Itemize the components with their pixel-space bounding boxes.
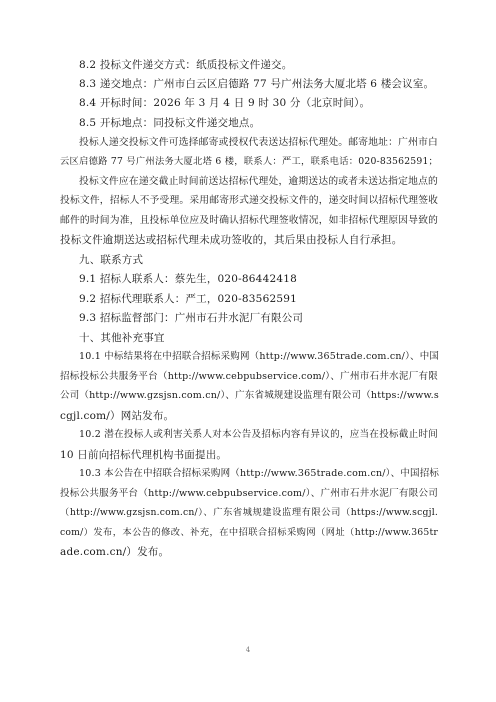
text-line: 10 日前向招标代理机构书面提出。 <box>60 448 438 462</box>
document-page: 8.2 投标文件递交方式：纸质投标文件递交。8.3 递交地点：广州市白云区启德路… <box>0 0 496 702</box>
text-line: 云区启德路 77 号广州法务大厦北塔 6 楼，联系人：严工，联系电话：020-8… <box>60 155 438 169</box>
text-line: 投标文件逾期送达或招标代理未成功签收的，其后果由投标人自行承担。 <box>60 233 438 247</box>
text-line: 8.3 递交地点：广州市白云区启德路 77 号广州法务大厦北塔 6 楼会议室。 <box>79 77 438 91</box>
text-line: 8.5 开标地点：同投标文件递交地点。 <box>79 116 438 130</box>
text-line: 投标人递交投标文件可选择邮寄或授权代表送达招标代理处。邮寄地址：广州市白 <box>79 136 438 150</box>
text-line: 9.2 招标代理联系人：严工，020-83562591 <box>79 292 438 306</box>
text-line: 公司（http://www.gzsjsn.com.cn/）、广东省城规建设监理有… <box>60 389 438 403</box>
text-line: ade.com.cn/）发布。 <box>60 545 438 559</box>
text-line: com/）发布，本公告的修改、补充，在中招联合招标采购网（网址（http://w… <box>60 526 438 540</box>
text-line: （http://www.gzsjsn.com.cn/）、广东省城规建设监理有限公… <box>60 506 438 520</box>
text-line: 邮件的时间为准，且投标单位应及时确认招标代理签收情况，如非招标代理原因导致的 <box>60 214 438 228</box>
text-line: 10.1 中标结果将在中招联合招标采购网（http://www.365trade… <box>79 350 438 364</box>
text-line: 10.3 本公告在中招联合招标采购网（http://www.365trade.c… <box>79 467 438 481</box>
text-line: 9.3 招标监督部门：广州市石井水泥厂有限公司 <box>79 311 438 325</box>
text-line: 十、其他补充事宜 <box>79 331 438 345</box>
text-line: 投标文件，招标人不予受理。采用邮寄形式递交投标文件的，递交时间以招标代理签收 <box>60 194 438 208</box>
text-line: 9.1 招标人联系人：蔡先生，020-86442418 <box>79 272 438 286</box>
page-number: 4 <box>0 646 496 654</box>
text-line: 九、联系方式 <box>79 253 438 267</box>
text-line: 10.2 潜在投标人或利害关系人对本公告及招标内容有异议的，应当在投标截止时间 <box>79 428 438 442</box>
text-line: 8.2 投标文件递交方式：纸质投标文件递交。 <box>79 58 438 72</box>
text-line: 投标文件应在递交截止时间前送达招标代理处，逾期送达的或者未送达指定地点的 <box>79 175 438 189</box>
text-line: 8.4 开标时间：2026 年 3 月 4 日 9 时 30 分（北京时间）。 <box>79 96 438 110</box>
text-line: cgjl.com/）网站发布。 <box>60 409 438 423</box>
text-line: 投标公共服务平台（http://www.cebpubservice.com/）、… <box>60 487 438 501</box>
text-line: 招标投标公共服务平台（http://www.cebpubservice.com/… <box>60 370 438 384</box>
